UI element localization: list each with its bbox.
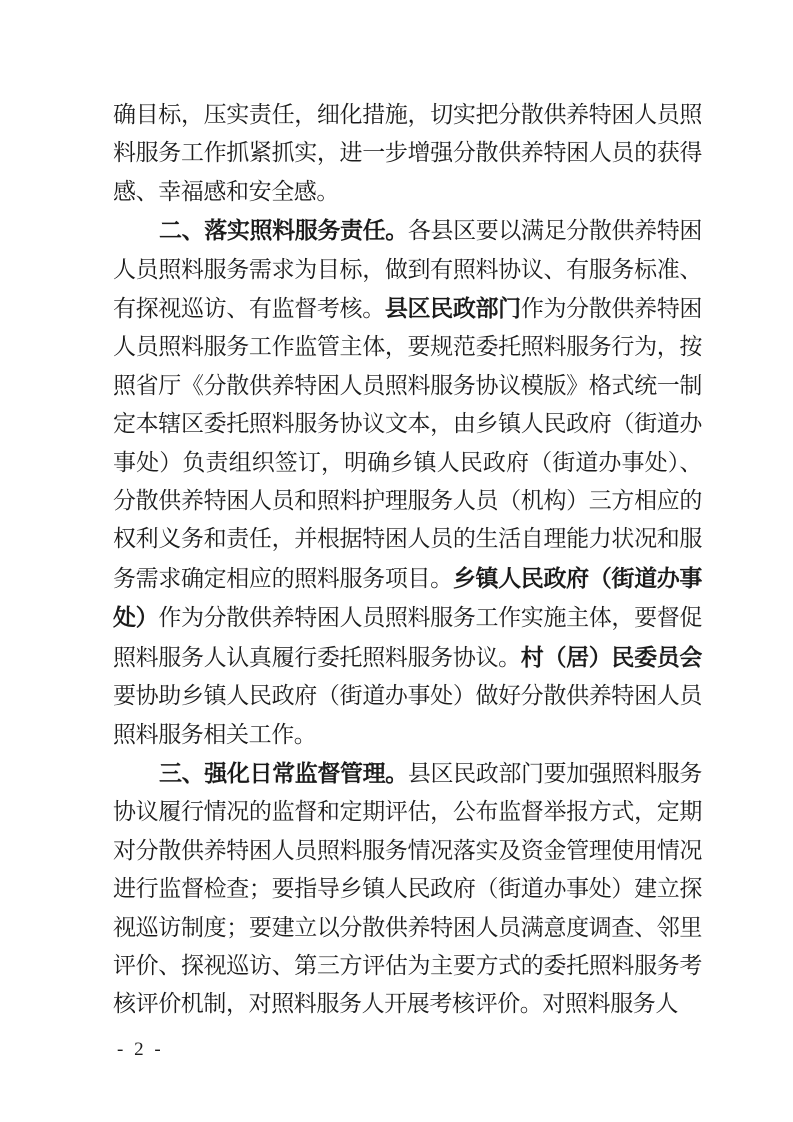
paragraph: 确目标，压实责任，细化措施，切实把分散供养特困人员照料服务工作抓紧抓实，进一步增… (113, 96, 702, 211)
bold-text-segment: 县区民政部门 (385, 295, 521, 321)
document-page: 确目标，压实责任，细化措施，切实把分散供养特困人员照料服务工作抓紧抓实，进一步增… (0, 0, 793, 1122)
text-segment: 县区民政部门要加强照料服务协议履行情况的监督和定期评估，公布监督举报方式，定期对… (113, 761, 702, 1016)
text-segment: 确目标，压实责任，细化措施，切实把分散供养特困人员照料服务工作抓紧抓实，进一步增… (113, 102, 702, 204)
text-segment: 要协助乡镇人民政府（街道办事处）做好分散供养特困人员照料服务相关工作。 (113, 683, 702, 746)
page-number: - 2 - (117, 1039, 164, 1061)
bold-text-segment: 三、强化日常监督管理。 (159, 760, 408, 786)
paragraph: 三、强化日常监督管理。县区民政部门要加强照料服务协议履行情况的监督和定期评估，公… (113, 754, 702, 1024)
bold-text-segment: 村（居）民委员会 (521, 644, 702, 670)
document-body: 确目标，压实责任，细化措施，切实把分散供养特困人员照料服务工作抓紧抓实，进一步增… (113, 96, 702, 1024)
paragraph: 二、落实照料服务责任。各县区要以满足分散供养特困人员照料服务需求为目标，做到有照… (113, 211, 702, 754)
text-segment: 作为分散供养特困人员照料服务工作监管主体，要规范委托照料服务行为，按照省厅《分散… (113, 296, 702, 591)
bold-text-segment: 二、落实照料服务责任。 (159, 217, 408, 243)
